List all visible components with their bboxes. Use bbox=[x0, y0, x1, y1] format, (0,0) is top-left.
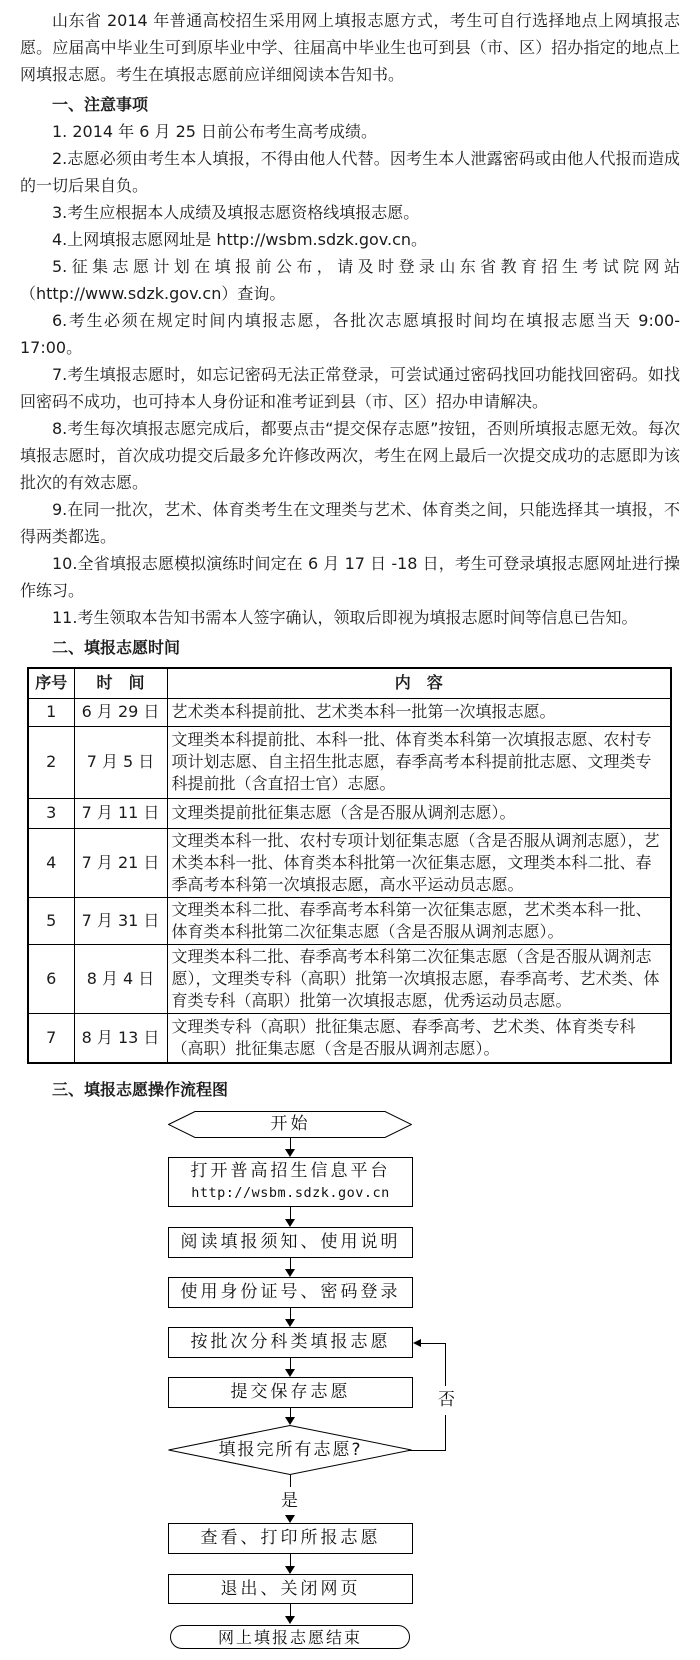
arrow-down-icon bbox=[285, 1149, 295, 1157]
row-no: 3 bbox=[28, 798, 74, 828]
table-row: 2 7 月 5 日 文理类本科提前批、本科一批、体育类本科第一次填报志愿、农村专… bbox=[28, 726, 671, 798]
flow-start-node: 开始 bbox=[168, 1111, 413, 1138]
flow-step-fill-by-batch: 按批次分科类填报志愿 bbox=[168, 1327, 413, 1358]
note-item-1: 1. 2014 年 6 月 25 日前公布考生高考成绩。 bbox=[20, 118, 680, 145]
connector-line bbox=[290, 1258, 291, 1269]
row-no: 6 bbox=[28, 944, 74, 1013]
row-content: 文理类本科提前批、本科一批、体育类本科第一次填报志愿、农村专项计划志愿、自主招生… bbox=[167, 726, 671, 798]
connector-line bbox=[408, 1450, 446, 1451]
table-row: 1 6 月 29 日 艺术类本科提前批、艺术类本科一批第一次填报志愿。 bbox=[28, 698, 671, 726]
flow-step-open-url: http://wsbm.sdzk.gov.cn bbox=[191, 1182, 389, 1204]
row-time: 7 月 31 日 bbox=[74, 897, 167, 944]
flow-decision-node: 填报完所有志愿? bbox=[168, 1425, 413, 1475]
col-header-time: 时 间 bbox=[74, 668, 167, 698]
table-row: 4 7 月 21 日 文理类本科一批、农村专项计划征集志愿（含是否服从调剂志愿）… bbox=[28, 828, 671, 897]
connector-line bbox=[290, 1308, 291, 1319]
arrow-down-icon bbox=[285, 1319, 295, 1327]
connector-line bbox=[290, 1408, 291, 1417]
row-content: 文理类本科一批、农村专项计划征集志愿（含是否服从调剂志愿），艺术类本科一批、体育… bbox=[167, 828, 671, 897]
row-time: 8 月 4 日 bbox=[74, 944, 167, 1013]
note-item-6: 6.考生必须在规定时间内填报志愿，各批次志愿填报时间均在填报志愿当天 9:00-… bbox=[20, 307, 680, 361]
flow-step-view-label: 查看、打印所报志愿 bbox=[201, 1525, 381, 1552]
row-no: 4 bbox=[28, 828, 74, 897]
flow-step-login: 使用身份证号、密码登录 bbox=[168, 1277, 413, 1308]
flow-step-submit-save: 提交保存志愿 bbox=[168, 1377, 413, 1408]
col-header-no: 序号 bbox=[28, 668, 74, 698]
row-content: 文理类本科二批、春季高考本科第二次征集志愿（含是否服从调剂志愿），文理类专科（高… bbox=[167, 944, 671, 1013]
arrow-down-icon bbox=[285, 1417, 295, 1425]
row-time: 7 月 21 日 bbox=[74, 828, 167, 897]
arrow-down-icon bbox=[285, 1369, 295, 1377]
note-item-10: 10.全省填报志愿模拟演练时间定在 6 月 17 日 -18 日，考生可登录填报… bbox=[20, 550, 680, 604]
row-content: 文理类提前批征集志愿（含是否服从调剂志愿）。 bbox=[167, 798, 671, 828]
row-time: 7 月 11 日 bbox=[74, 798, 167, 828]
row-no: 1 bbox=[28, 698, 74, 726]
row-content: 文理类专科（高职）批征集志愿、春季高考、艺术类、体育类专科（高职）批征集志愿（含… bbox=[167, 1013, 671, 1063]
note-item-11: 11.考生领取本告知书需本人签字确认，领取后即视为填报志愿时间等信息已告知。 bbox=[20, 604, 680, 631]
flow-no-label: 否 bbox=[436, 1386, 457, 1415]
note-item-5: 5.征集志愿计划在填报前公布，请及时登录山东省教育招生考试院网站（http://… bbox=[20, 253, 680, 307]
arrow-down-icon bbox=[285, 1269, 295, 1277]
row-no: 7 bbox=[28, 1013, 74, 1063]
note-item-7: 7.考生填报志愿时，如忘记密码无法正常登录，可尝试通过密码找回功能找回密码。如找… bbox=[20, 361, 680, 415]
flow-decision-label: 填报完所有志愿? bbox=[218, 1437, 362, 1464]
row-no: 5 bbox=[28, 897, 74, 944]
schedule-table: 序号 时 间 内 容 1 6 月 29 日 艺术类本科提前批、艺术类本科一批第一… bbox=[27, 667, 672, 1064]
row-content: 文理类本科二批、春季高考本科第一次征集志愿，艺术类本科一批、体育类本科批第二次征… bbox=[167, 897, 671, 944]
section-notes-title: 一、注意事项 bbox=[20, 91, 680, 118]
connector-line bbox=[290, 1604, 291, 1616]
note-item-2: 2.志愿必须由考生本人填报，不得由他人代替。因考生本人泄露密码或由他人代报而造成… bbox=[20, 145, 680, 199]
flow-end-node: 网上填报志愿结束 bbox=[170, 1625, 410, 1649]
flow-step-exit-close: 退出、关闭网页 bbox=[168, 1574, 413, 1604]
flow-step-read-instructions: 阅读填报须知、使用说明 bbox=[168, 1227, 413, 1258]
table-row: 5 7 月 31 日 文理类本科二批、春季高考本科第一次征集志愿，艺术类本科一批… bbox=[28, 897, 671, 944]
flow-end-label: 网上填报志愿结束 bbox=[218, 1624, 362, 1651]
connector-line bbox=[290, 1207, 291, 1219]
flow-step-read-label: 阅读填报须知、使用说明 bbox=[181, 1229, 401, 1256]
connector-line bbox=[421, 1343, 446, 1344]
connector-line bbox=[290, 1138, 291, 1149]
flow-step-open-label: 打开普高招生信息平台 bbox=[191, 1160, 391, 1182]
connector-line bbox=[290, 1554, 291, 1566]
table-row: 3 7 月 11 日 文理类提前批征集志愿（含是否服从调剂志愿）。 bbox=[28, 798, 671, 828]
arrow-down-icon bbox=[285, 1515, 295, 1523]
flow-yes-label: 是 bbox=[279, 1487, 300, 1516]
flow-start-label: 开始 bbox=[271, 1111, 311, 1138]
row-time: 7 月 5 日 bbox=[74, 726, 167, 798]
row-time: 8 月 13 日 bbox=[74, 1013, 167, 1063]
flow-step-login-label: 使用身份证号、密码登录 bbox=[181, 1279, 401, 1306]
row-content: 艺术类本科提前批、艺术类本科一批第一次填报志愿。 bbox=[167, 698, 671, 726]
row-time: 6 月 29 日 bbox=[74, 698, 167, 726]
intro-paragraph: 山东省 2014 年普通高校招生采用网上填报志愿方式，考生可自行选择地点上网填报… bbox=[20, 7, 680, 88]
flowchart: 开始 打开普高招生信息平台 http://wsbm.sdzk.gov.cn 阅读… bbox=[0, 1103, 700, 1660]
table-row: 6 8 月 4 日 文理类本科二批、春季高考本科第二次征集志愿（含是否服从调剂志… bbox=[28, 944, 671, 1013]
note-item-4: 4.上网填报志愿网址是 http://wsbm.sdzk.gov.cn。 bbox=[20, 226, 680, 253]
flow-step-fill-label: 按批次分科类填报志愿 bbox=[191, 1329, 391, 1356]
arrow-left-icon bbox=[413, 1339, 421, 1347]
table-row: 7 8 月 13 日 文理类专科（高职）批征集志愿、春季高考、艺术类、体育类专科… bbox=[28, 1013, 671, 1063]
flow-step-submit-label: 提交保存志愿 bbox=[231, 1379, 351, 1406]
col-header-content: 内 容 bbox=[167, 668, 671, 698]
table-header-row: 序号 时 间 内 容 bbox=[28, 668, 671, 698]
flow-step-open-platform: 打开普高招生信息平台 http://wsbm.sdzk.gov.cn bbox=[168, 1157, 413, 1207]
section-flowchart-title: 三、填报志愿操作流程图 bbox=[20, 1076, 680, 1103]
connector-line bbox=[290, 1358, 291, 1369]
section-schedule-title: 二、填报志愿时间 bbox=[20, 634, 680, 661]
note-item-3: 3.考生应根据本人成绩及填报志愿资格线填报志愿。 bbox=[20, 199, 680, 226]
note-item-9: 9.在同一批次，艺术、体育类考生在文理类与艺术、体育类之间，只能选择其一填报，不… bbox=[20, 496, 680, 550]
notice-document: 山东省 2014 年普通高校招生采用网上填报志愿方式，考生可自行选择地点上网填报… bbox=[0, 0, 700, 1660]
row-no: 2 bbox=[28, 726, 74, 798]
arrow-down-icon bbox=[285, 1566, 295, 1574]
flow-step-view-print: 查看、打印所报志愿 bbox=[168, 1523, 413, 1554]
arrow-down-icon bbox=[285, 1219, 295, 1227]
flow-step-exit-label: 退出、关闭网页 bbox=[221, 1576, 361, 1603]
note-item-8: 8.考生每次填报志愿完成后，都要点击“提交保存志愿”按钮，否则所填报志愿无效。每… bbox=[20, 415, 680, 496]
